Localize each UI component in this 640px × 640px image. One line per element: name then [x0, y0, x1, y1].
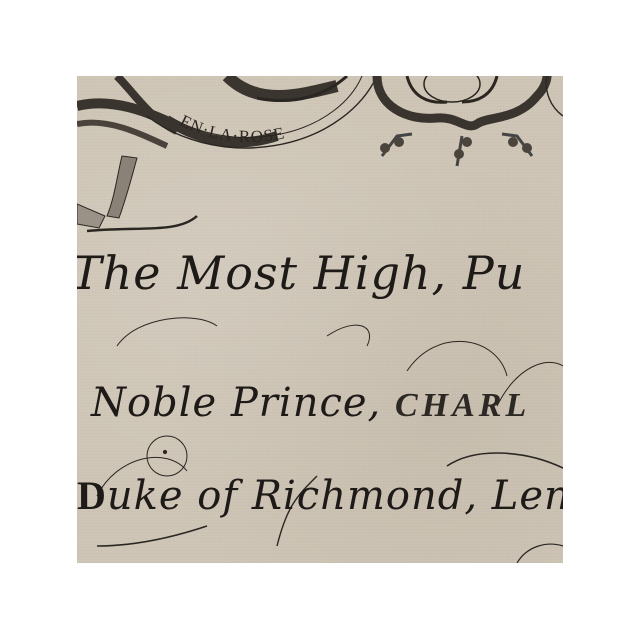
- center-cartouche: [377, 76, 547, 166]
- engraved-document: EN·LA·ROSE: [77, 76, 563, 563]
- motto-text: EN·LA·ROSE: [177, 111, 287, 146]
- name-charles: CHARL: [395, 387, 530, 424]
- line-3-rest: uke of Richmond, Len: [107, 473, 563, 519]
- line-2-prefix: Noble Prince,: [91, 380, 395, 426]
- left-seal-ornament: [77, 76, 347, 228]
- initial-d: D: [77, 473, 107, 518]
- line-3: Duke of Richmond, Len: [77, 472, 563, 519]
- line-1: The Most High, Pu: [77, 246, 525, 300]
- line-2: Noble Prince, CHARL: [91, 380, 530, 426]
